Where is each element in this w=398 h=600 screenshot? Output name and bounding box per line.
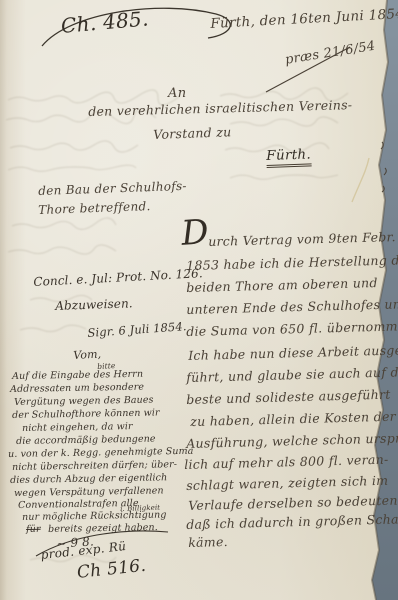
crease-mark	[352, 158, 369, 202]
scanned-letter-page: Ch. 485. Fürth, den 16ten Juni 1854. præ…	[0, 0, 398, 600]
margin-note-line: Addressaten um besondere	[10, 382, 144, 395]
margin-note-line: nicht eingehen, da wir	[22, 421, 133, 434]
body-initial-capital: D	[180, 212, 210, 254]
margin-note-line: bereits gezeigt haben.	[48, 522, 158, 535]
address-salutation: An	[168, 86, 186, 101]
margin-note-line: Auf die Eingabe des Herrn	[12, 369, 143, 382]
margin-struck-word: für	[26, 524, 41, 535]
body-line: käme.	[188, 534, 228, 550]
margin-decision: Abzuweisen.	[55, 296, 133, 313]
address-line2: Vorstand zu	[153, 124, 232, 142]
address-place: Fürth.	[266, 146, 311, 168]
margin-votum-heading: Vom,	[73, 348, 102, 362]
